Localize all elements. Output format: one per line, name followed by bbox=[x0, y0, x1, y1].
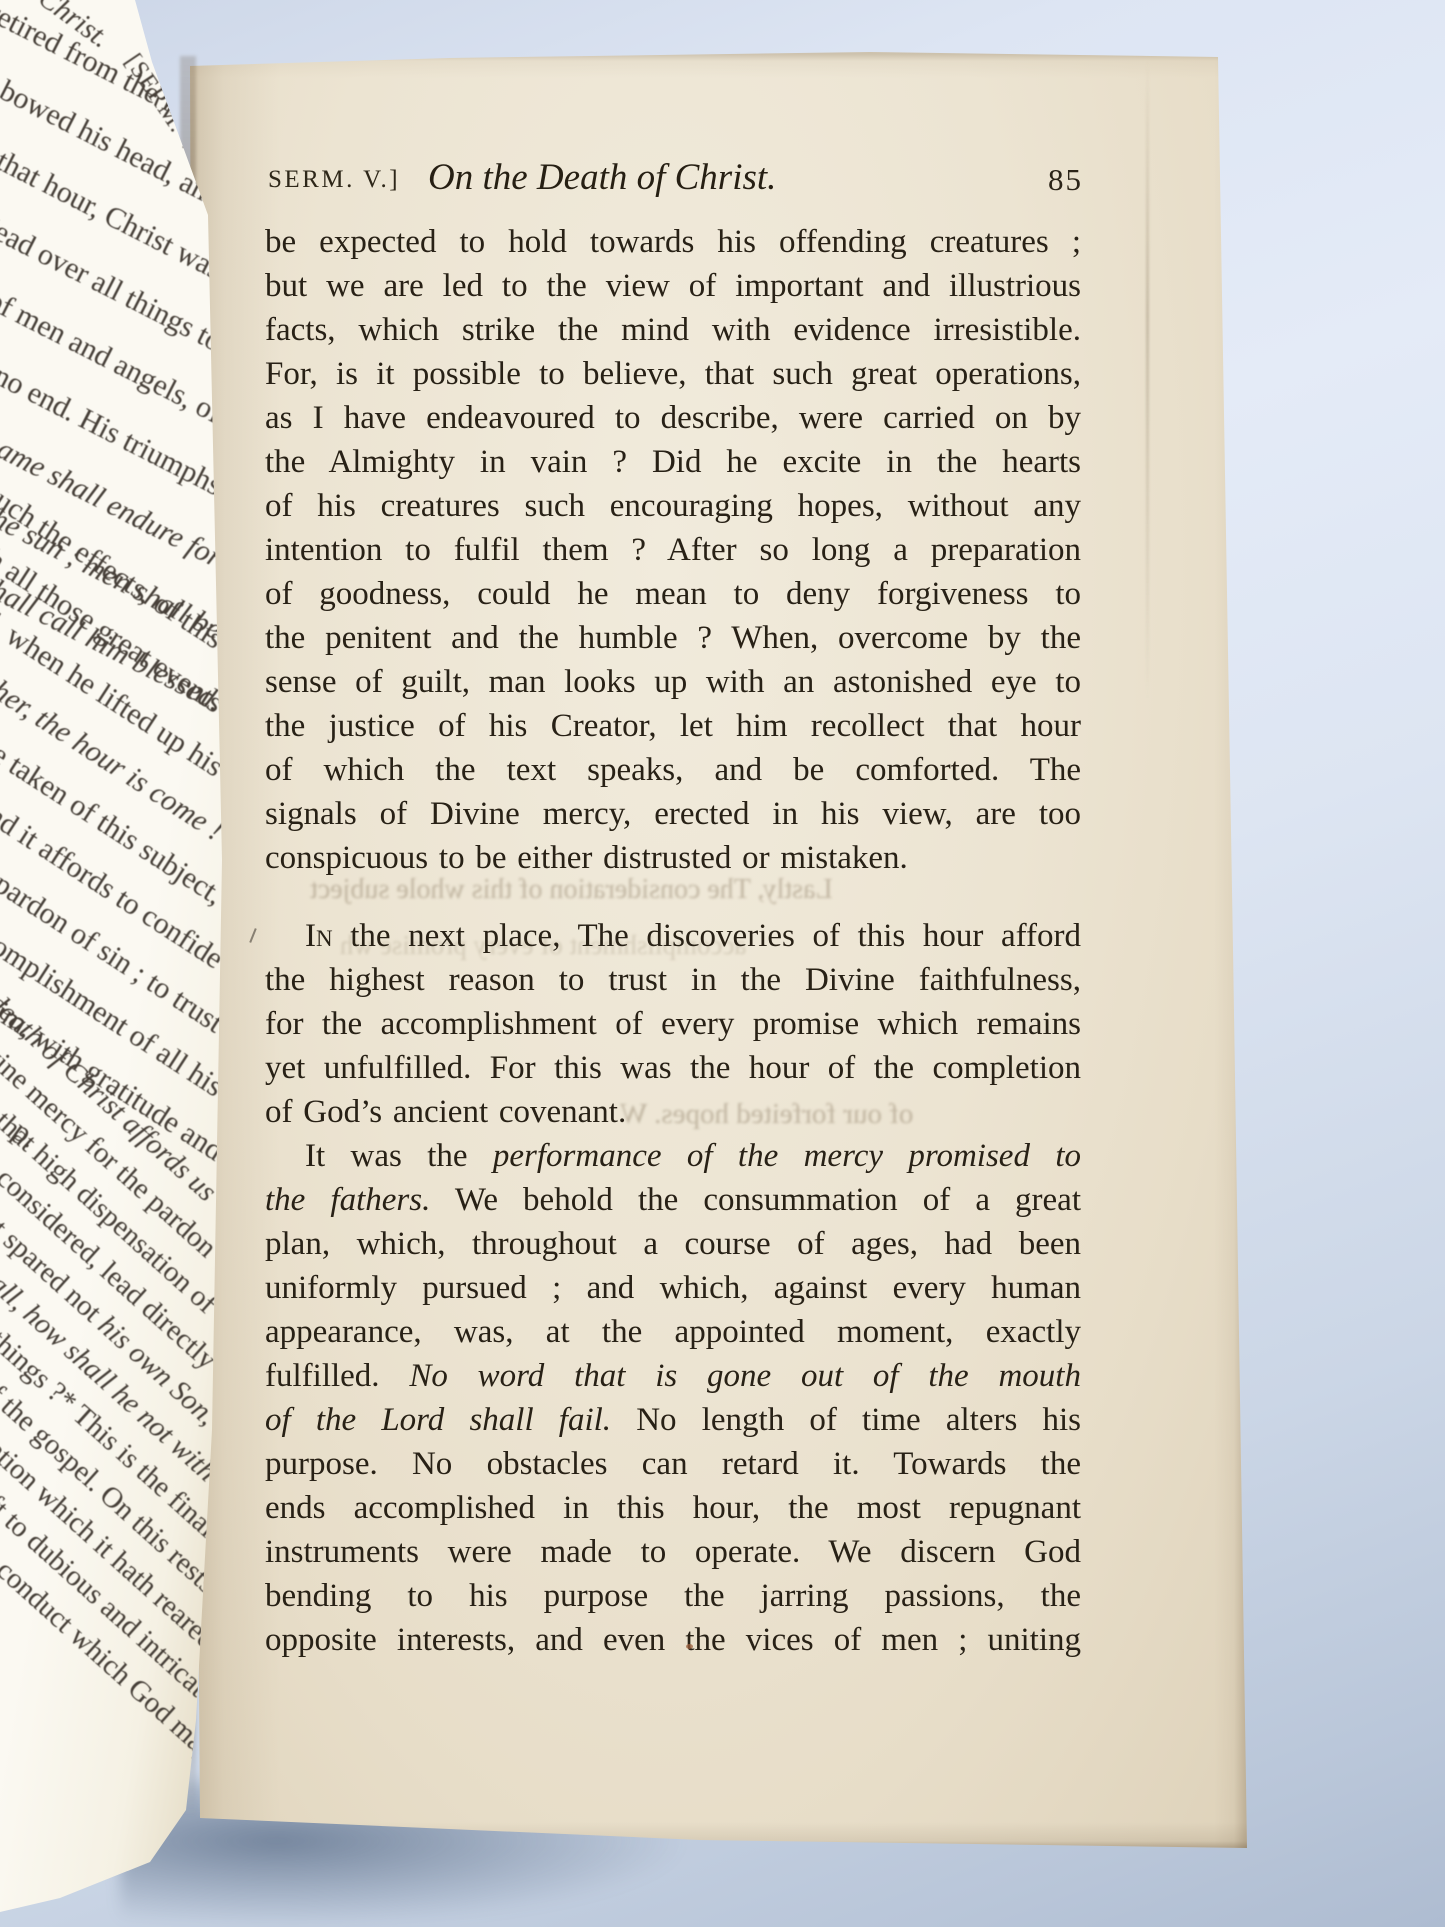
text-segment: bending to his purpose the jarring passi… bbox=[265, 1578, 1081, 1614]
book-page: SERM. V.] On the Death of Christ. 85 Las… bbox=[190, 52, 1248, 1852]
text-line: the highest reason to trust in the Divin… bbox=[265, 958, 1081, 1002]
text-segment: fulfilled. bbox=[265, 1358, 409, 1394]
text-segment: as I have endeavoured to describe, were … bbox=[265, 400, 1081, 436]
text-line: be expected to hold towards his offendin… bbox=[265, 220, 1081, 264]
text-line: bending to his purpose the jarring passi… bbox=[265, 1574, 1081, 1618]
text-segment: performance of the mercy promised to bbox=[493, 1138, 1081, 1174]
text-segment: uniformly pursued ; and which, against e… bbox=[265, 1270, 1081, 1306]
margin-mark bbox=[249, 928, 256, 943]
text-segment: For, is it possible to believe, that suc… bbox=[265, 356, 1081, 392]
text-line: the justice of his Creator, let him reco… bbox=[265, 704, 1081, 748]
text-line: intention to fulfil them ? After so long… bbox=[265, 528, 1081, 572]
text-segment: In bbox=[305, 918, 333, 954]
text-segment: of God’s ancient covenant. bbox=[265, 1094, 626, 1130]
text-segment: purpose. No obstacles can retard it. Tow… bbox=[265, 1446, 1081, 1482]
body-text: be expected to hold towards his offendin… bbox=[265, 220, 1081, 1662]
text-segment: the highest reason to trust in the Divin… bbox=[265, 962, 1081, 998]
text-line: sense of guilt, man looks up with an ast… bbox=[265, 660, 1081, 704]
text-line: It was the performance of the mercy prom… bbox=[265, 1134, 1081, 1178]
text-line: instruments were made to operate. We dis… bbox=[265, 1530, 1081, 1574]
text-line: For, is it possible to believe, that suc… bbox=[265, 352, 1081, 396]
text-segment: the fathers. bbox=[265, 1182, 430, 1218]
text-segment: yet unfulfilled. For this was the hour o… bbox=[265, 1050, 1081, 1086]
text-segment: No length of time alters his bbox=[611, 1402, 1081, 1438]
curled-text-block: death of Christ affords usvine mercy for… bbox=[0, 1168, 212, 1784]
header-title: On the Death of Christ. bbox=[428, 156, 776, 199]
text-segment: but we are led to the view of important … bbox=[265, 268, 1081, 304]
text-line: of goodness, could he mean to deny forgi… bbox=[265, 572, 1081, 616]
text-line: fulfilled. No word that is gone out of t… bbox=[265, 1354, 1081, 1398]
text-line: appearance, was, at the appointed moment… bbox=[265, 1310, 1081, 1354]
text-line: yet unfulfilled. For this was the hour o… bbox=[265, 1046, 1081, 1090]
text-segment: facts, which strike the mind with eviden… bbox=[265, 312, 1081, 348]
text-segment: of goodness, could he mean to deny forgi… bbox=[265, 576, 1081, 612]
text-segment: It was the bbox=[305, 1138, 493, 1174]
text-line: purpose. No obstacles can retard it. Tow… bbox=[265, 1442, 1081, 1486]
text-line: In the next place, The discoveries of th… bbox=[265, 914, 1081, 958]
text-segment: appearance, was, at the appointed moment… bbox=[265, 1314, 1081, 1350]
text-line: plan, which, throughout a course of ages… bbox=[265, 1222, 1081, 1266]
text-line: ends accomplished in this hour, the most… bbox=[265, 1486, 1081, 1530]
text-segment: the Almighty in vain ? Did he excite in … bbox=[265, 444, 1081, 480]
paper-crease bbox=[1146, 60, 1149, 700]
text-line: conspicuous to be either distrusted or m… bbox=[265, 836, 1081, 880]
text-segment: conspicuous to be either distrusted or m… bbox=[265, 840, 908, 876]
text-segment: the penitent and the humble ? When, over… bbox=[265, 620, 1081, 656]
text-line: of which the text speaks, and be comfort… bbox=[265, 748, 1081, 792]
text-segment: ends accomplished in this hour, the most… bbox=[265, 1490, 1081, 1526]
text-line: the Almighty in vain ? Did he excite in … bbox=[265, 440, 1081, 484]
page-number: 85 bbox=[1048, 162, 1083, 198]
text-segment: plan, which, throughout a course of ages… bbox=[265, 1226, 1081, 1262]
text-line: as I have endeavoured to describe, were … bbox=[265, 396, 1081, 440]
text-line: of his creatures such encouraging hopes,… bbox=[265, 484, 1081, 528]
text-segment: of his creatures such encouraging hopes,… bbox=[265, 488, 1081, 524]
text-line: for the accomplishment of every promise … bbox=[265, 1002, 1081, 1046]
text-segment: signals of Divine mercy, erected in his … bbox=[265, 796, 1081, 832]
text-line: the fathers. We behold the consummation … bbox=[265, 1178, 1081, 1222]
text-line: facts, which strike the mind with eviden… bbox=[265, 308, 1081, 352]
text-line: uniformly pursued ; and which, against e… bbox=[265, 1266, 1081, 1310]
text-line: the penitent and the humble ? When, over… bbox=[265, 616, 1081, 660]
text-segment: instruments were made to operate. We dis… bbox=[265, 1534, 1081, 1570]
paper-fleck bbox=[686, 1644, 693, 1649]
text-segment: sense of guilt, man looks up with an ast… bbox=[265, 664, 1081, 700]
book-photo: SERM. V.] On the Death of Christ. 85 Las… bbox=[0, 0, 1445, 1927]
text-segment: We behold the consummation of a great bbox=[430, 1182, 1081, 1218]
header-sermon-label: SERM. V.] bbox=[268, 166, 400, 194]
text-segment: of the Lord shall fail. bbox=[265, 1402, 611, 1438]
text-segment: opposite interests, and even the vices o… bbox=[265, 1622, 1081, 1658]
text-segment: No word that is gone out of the mouth bbox=[409, 1358, 1081, 1394]
text-segment: of which the text speaks, and be comfort… bbox=[265, 752, 1081, 788]
text-line: of the Lord shall fail. No length of tim… bbox=[265, 1398, 1081, 1442]
text-segment: be expected to hold towards his offendin… bbox=[265, 224, 1081, 260]
text-line: signals of Divine mercy, erected in his … bbox=[265, 792, 1081, 836]
curled-page: Christ. [SERM. V. p. He retired from the… bbox=[0, 0, 228, 1922]
text-line: of God’s ancient covenant. bbox=[265, 1090, 1081, 1134]
text-segment: the next place, The discoveries of this … bbox=[333, 918, 1081, 954]
text-segment: intention to fulfil them ? After so long… bbox=[265, 532, 1081, 568]
text-line: but we are led to the view of important … bbox=[265, 264, 1081, 308]
text-segment: for the accomplishment of every promise … bbox=[265, 1006, 1081, 1042]
text-line: opposite interests, and even the vices o… bbox=[265, 1618, 1081, 1662]
text-segment: the justice of his Creator, let him reco… bbox=[265, 708, 1081, 744]
